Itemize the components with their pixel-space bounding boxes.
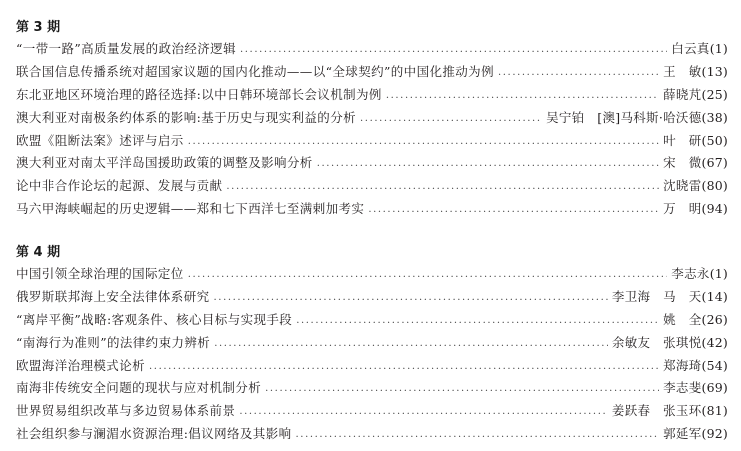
issue-section-3: 第 3 期 “一带一路”高质量发展的政治经济逻辑 白云真 (1) 联合国信息传播…: [16, 18, 728, 221]
article-title: 欧盟《阻断法案》述评与启示: [16, 130, 184, 153]
dot-leader: [226, 176, 659, 199]
toc-entry[interactable]: 论中非合作论坛的起源、发展与贡献 沈晓雷 (80): [16, 175, 728, 198]
article-title: 论中非合作论坛的起源、发展与贡献: [16, 175, 222, 198]
page-number: (26): [702, 309, 728, 332]
article-title: 南海非传统安全问题的现状与应对机制分析: [16, 377, 261, 400]
toc-entry[interactable]: 澳大利亚对南极条约体系的影响:基于历史与现实利益的分析 吴宁铂 [澳]马科斯·哈…: [16, 107, 728, 130]
toc-entry[interactable]: 社会组织参与澜湄水资源治理:倡议网络及其影响 郭延军 (92): [16, 423, 728, 446]
toc-entry[interactable]: 俄罗斯联邦海上安全法律体系研究 李卫海 马 天 (14): [16, 286, 728, 309]
article-title: 中国引领全球治理的国际定位: [16, 263, 184, 286]
dot-leader: [296, 424, 660, 447]
article-authors: 姚 全: [663, 309, 701, 332]
dot-leader: [188, 131, 659, 154]
dot-leader: [386, 85, 659, 108]
page-number: (1): [710, 263, 728, 286]
toc-entry[interactable]: “离岸平衡”战略:客观条件、核心目标与实现手段 姚 全 (26): [16, 309, 728, 332]
dot-leader: [240, 39, 667, 62]
dot-leader: [368, 199, 659, 222]
page-number: (50): [702, 130, 728, 153]
article-authors: 李志斐: [663, 377, 701, 400]
article-title: 欧盟海洋治理模式论析: [16, 355, 145, 378]
article-authors: 沈晓雷: [663, 175, 701, 198]
page-number: (14): [702, 286, 728, 309]
page-number: (54): [702, 355, 728, 378]
toc-entry[interactable]: 世界贸易组织改革与多边贸易体系前景 姜跃春 张玉环 (81): [16, 400, 728, 423]
article-authors: 郑海琦: [663, 355, 701, 378]
article-authors: 白云真: [671, 38, 709, 61]
article-authors: 王 敏: [663, 61, 701, 84]
article-title: 马六甲海峡崛起的历史逻辑——郑和七下西洋七至满剌加考实: [16, 198, 364, 221]
dot-leader: [296, 310, 659, 333]
article-title: 东北亚地区环境治理的路径选择:以中日韩环境部长会议机制为例: [16, 84, 382, 107]
page-number: (1): [710, 38, 728, 61]
article-authors: 宋 微: [663, 152, 701, 175]
toc-entry[interactable]: 中国引领全球治理的国际定位 李志永 (1): [16, 263, 728, 286]
page-number: (80): [702, 175, 728, 198]
page-number: (81): [702, 400, 728, 423]
entry-list: “一带一路”高质量发展的政治经济逻辑 白云真 (1) 联合国信息传播系统对超国家…: [16, 38, 728, 221]
toc-entry[interactable]: 东北亚地区环境治理的路径选择:以中日韩环境部长会议机制为例 薛晓芃 (25): [16, 84, 728, 107]
dot-leader: [239, 401, 608, 424]
article-authors: 吴宁铂 [澳]马科斯·哈沃德: [546, 107, 701, 130]
article-authors: 余敏友 张琪悦: [612, 332, 702, 355]
article-title: “一带一路”高质量发展的政治经济逻辑: [16, 38, 236, 61]
page-number: (92): [702, 423, 728, 446]
dot-leader: [188, 264, 668, 287]
page-number: (25): [702, 84, 728, 107]
article-title: “南海行为准则”的法律约束力辨析: [16, 332, 210, 355]
article-title: 澳大利亚对南太平洋岛国援助政策的调整及影响分析: [16, 152, 313, 175]
article-title: 俄罗斯联邦海上安全法律体系研究: [16, 286, 210, 309]
dot-leader: [360, 108, 542, 131]
dot-leader: [214, 287, 608, 310]
article-authors: 李志永: [671, 263, 709, 286]
article-title: “离岸平衡”战略:客观条件、核心目标与实现手段: [16, 309, 292, 332]
article-authors: 郭延军: [663, 423, 701, 446]
toc-entry[interactable]: 欧盟海洋治理模式论析 郑海琦 (54): [16, 355, 728, 378]
article-title: 社会组织参与澜湄水资源治理:倡议网络及其影响: [16, 423, 292, 446]
page-number: (42): [702, 332, 728, 355]
dot-leader: [214, 333, 608, 356]
dot-leader: [317, 153, 659, 176]
article-authors: 姜跃春 张玉环: [612, 400, 702, 423]
issue-heading: 第 3 期: [16, 18, 728, 38]
issue-section-4: 第 4 期 中国引领全球治理的国际定位 李志永 (1) 俄罗斯联邦海上安全法律体…: [16, 243, 728, 446]
toc-entry[interactable]: 南海非传统安全问题的现状与应对机制分析 李志斐 (69): [16, 377, 728, 400]
article-authors: 叶 研: [663, 130, 701, 153]
toc-entry[interactable]: 澳大利亚对南太平洋岛国援助政策的调整及影响分析 宋 微 (67): [16, 152, 728, 175]
toc-entry[interactable]: 欧盟《阻断法案》述评与启示 叶 研 (50): [16, 130, 728, 153]
article-title: 澳大利亚对南极条约体系的影响:基于历史与现实利益的分析: [16, 107, 356, 130]
page-number: (13): [702, 61, 728, 84]
dot-leader: [498, 62, 659, 85]
article-authors: 万 明: [663, 198, 701, 221]
page-number: (94): [702, 198, 728, 221]
entry-list: 中国引领全球治理的国际定位 李志永 (1) 俄罗斯联邦海上安全法律体系研究 李卫…: [16, 263, 728, 446]
page-number: (67): [702, 152, 728, 175]
toc-entry[interactable]: “南海行为准则”的法律约束力辨析 余敏友 张琪悦 (42): [16, 332, 728, 355]
issue-heading: 第 4 期: [16, 243, 728, 263]
toc-entry[interactable]: 马六甲海峡崛起的历史逻辑——郑和七下西洋七至满剌加考实 万 明 (94): [16, 198, 728, 221]
article-title: 世界贸易组织改革与多边贸易体系前景: [16, 400, 235, 423]
toc-entry[interactable]: “一带一路”高质量发展的政治经济逻辑 白云真 (1): [16, 38, 728, 61]
dot-leader: [149, 356, 659, 379]
article-authors: 薛晓芃: [663, 84, 701, 107]
article-authors: 李卫海 马 天: [612, 286, 702, 309]
page-number: (69): [702, 377, 728, 400]
dot-leader: [265, 378, 659, 401]
toc-entry[interactable]: 联合国信息传播系统对超国家议题的国内化推动——以“全球契约”的中国化推动为例 王…: [16, 61, 728, 84]
article-title: 联合国信息传播系统对超国家议题的国内化推动——以“全球契约”的中国化推动为例: [16, 61, 494, 84]
page-number: (38): [702, 107, 728, 130]
